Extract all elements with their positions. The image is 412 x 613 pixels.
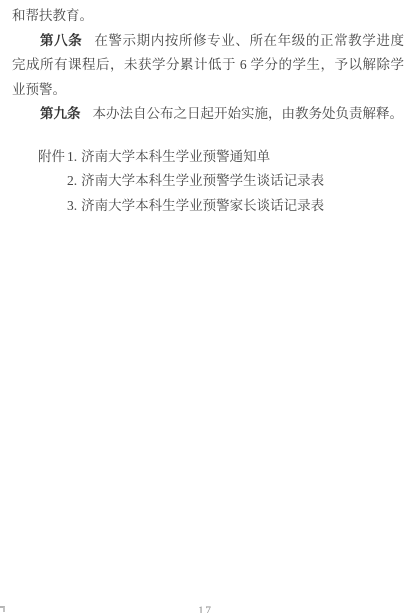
attachment-number: 3. bbox=[67, 194, 77, 219]
scan-artifact-mark bbox=[0, 606, 5, 612]
attachment-number: 2. bbox=[67, 169, 77, 194]
article-9-line: 第九条本办法自公布之日起开始实施，由教务处负责解释。 bbox=[40, 102, 404, 127]
attachment-item: 3. 济南大学本科生学业预警家长谈话记录表 bbox=[38, 194, 404, 219]
attachment-title: 济南大学本科生学业预警学生谈话记录表 bbox=[81, 169, 324, 194]
body-text: 完成所有课程后，未获学分累计低于 6 学分的学生，予以解除学 bbox=[12, 57, 404, 72]
attachment-title: 济南大学本科生学业预警家长谈话记录表 bbox=[81, 194, 324, 219]
article-9-heading: 第九条 bbox=[40, 106, 81, 121]
attachment-title: 济南大学本科生学业预警通知单 bbox=[81, 145, 270, 170]
attachment-item: 2. 济南大学本科生学业预警学生谈话记录表 bbox=[38, 169, 404, 194]
page-number: 17 bbox=[198, 605, 213, 613]
body-text: 在警示期内按所修专业、所在年级的正常教学进度 bbox=[94, 33, 404, 48]
document-page: 和帮扶教育。 第八条在警示期内按所修专业、所在年级的正常教学进度 完成所有课程后… bbox=[0, 0, 412, 613]
body-text: 本办法自公布之日起开始实施，由教务处负责解释。 bbox=[93, 106, 404, 121]
article-8-heading: 第八条 bbox=[40, 33, 82, 48]
article-8-line-2: 完成所有课程后，未获学分累计低于 6 学分的学生，予以解除学 bbox=[12, 53, 404, 78]
document-content: 和帮扶教育。 第八条在警示期内按所修专业、所在年级的正常教学进度 完成所有课程后… bbox=[0, 0, 412, 218]
article-8-line-1: 第八条在警示期内按所修专业、所在年级的正常教学进度 bbox=[40, 29, 404, 54]
attachment-number: 1. bbox=[67, 145, 77, 170]
attachments-section: 附件 1. 济南大学本科生学业预警通知单 2. 济南大学本科生学业预警学生谈话记… bbox=[38, 145, 404, 219]
attachments-label: 附件 bbox=[38, 145, 67, 170]
body-text: 业预警。 bbox=[12, 82, 66, 97]
article-8-line-3: 业预警。 bbox=[12, 78, 404, 103]
attachments-label-spacer bbox=[38, 194, 67, 219]
attachment-item: 附件 1. 济南大学本科生学业预警通知单 bbox=[38, 145, 404, 170]
attachments-label-spacer bbox=[38, 169, 67, 194]
paragraph-continuation-line: 和帮扶教育。 bbox=[12, 4, 404, 29]
body-text: 和帮扶教育。 bbox=[12, 8, 93, 23]
